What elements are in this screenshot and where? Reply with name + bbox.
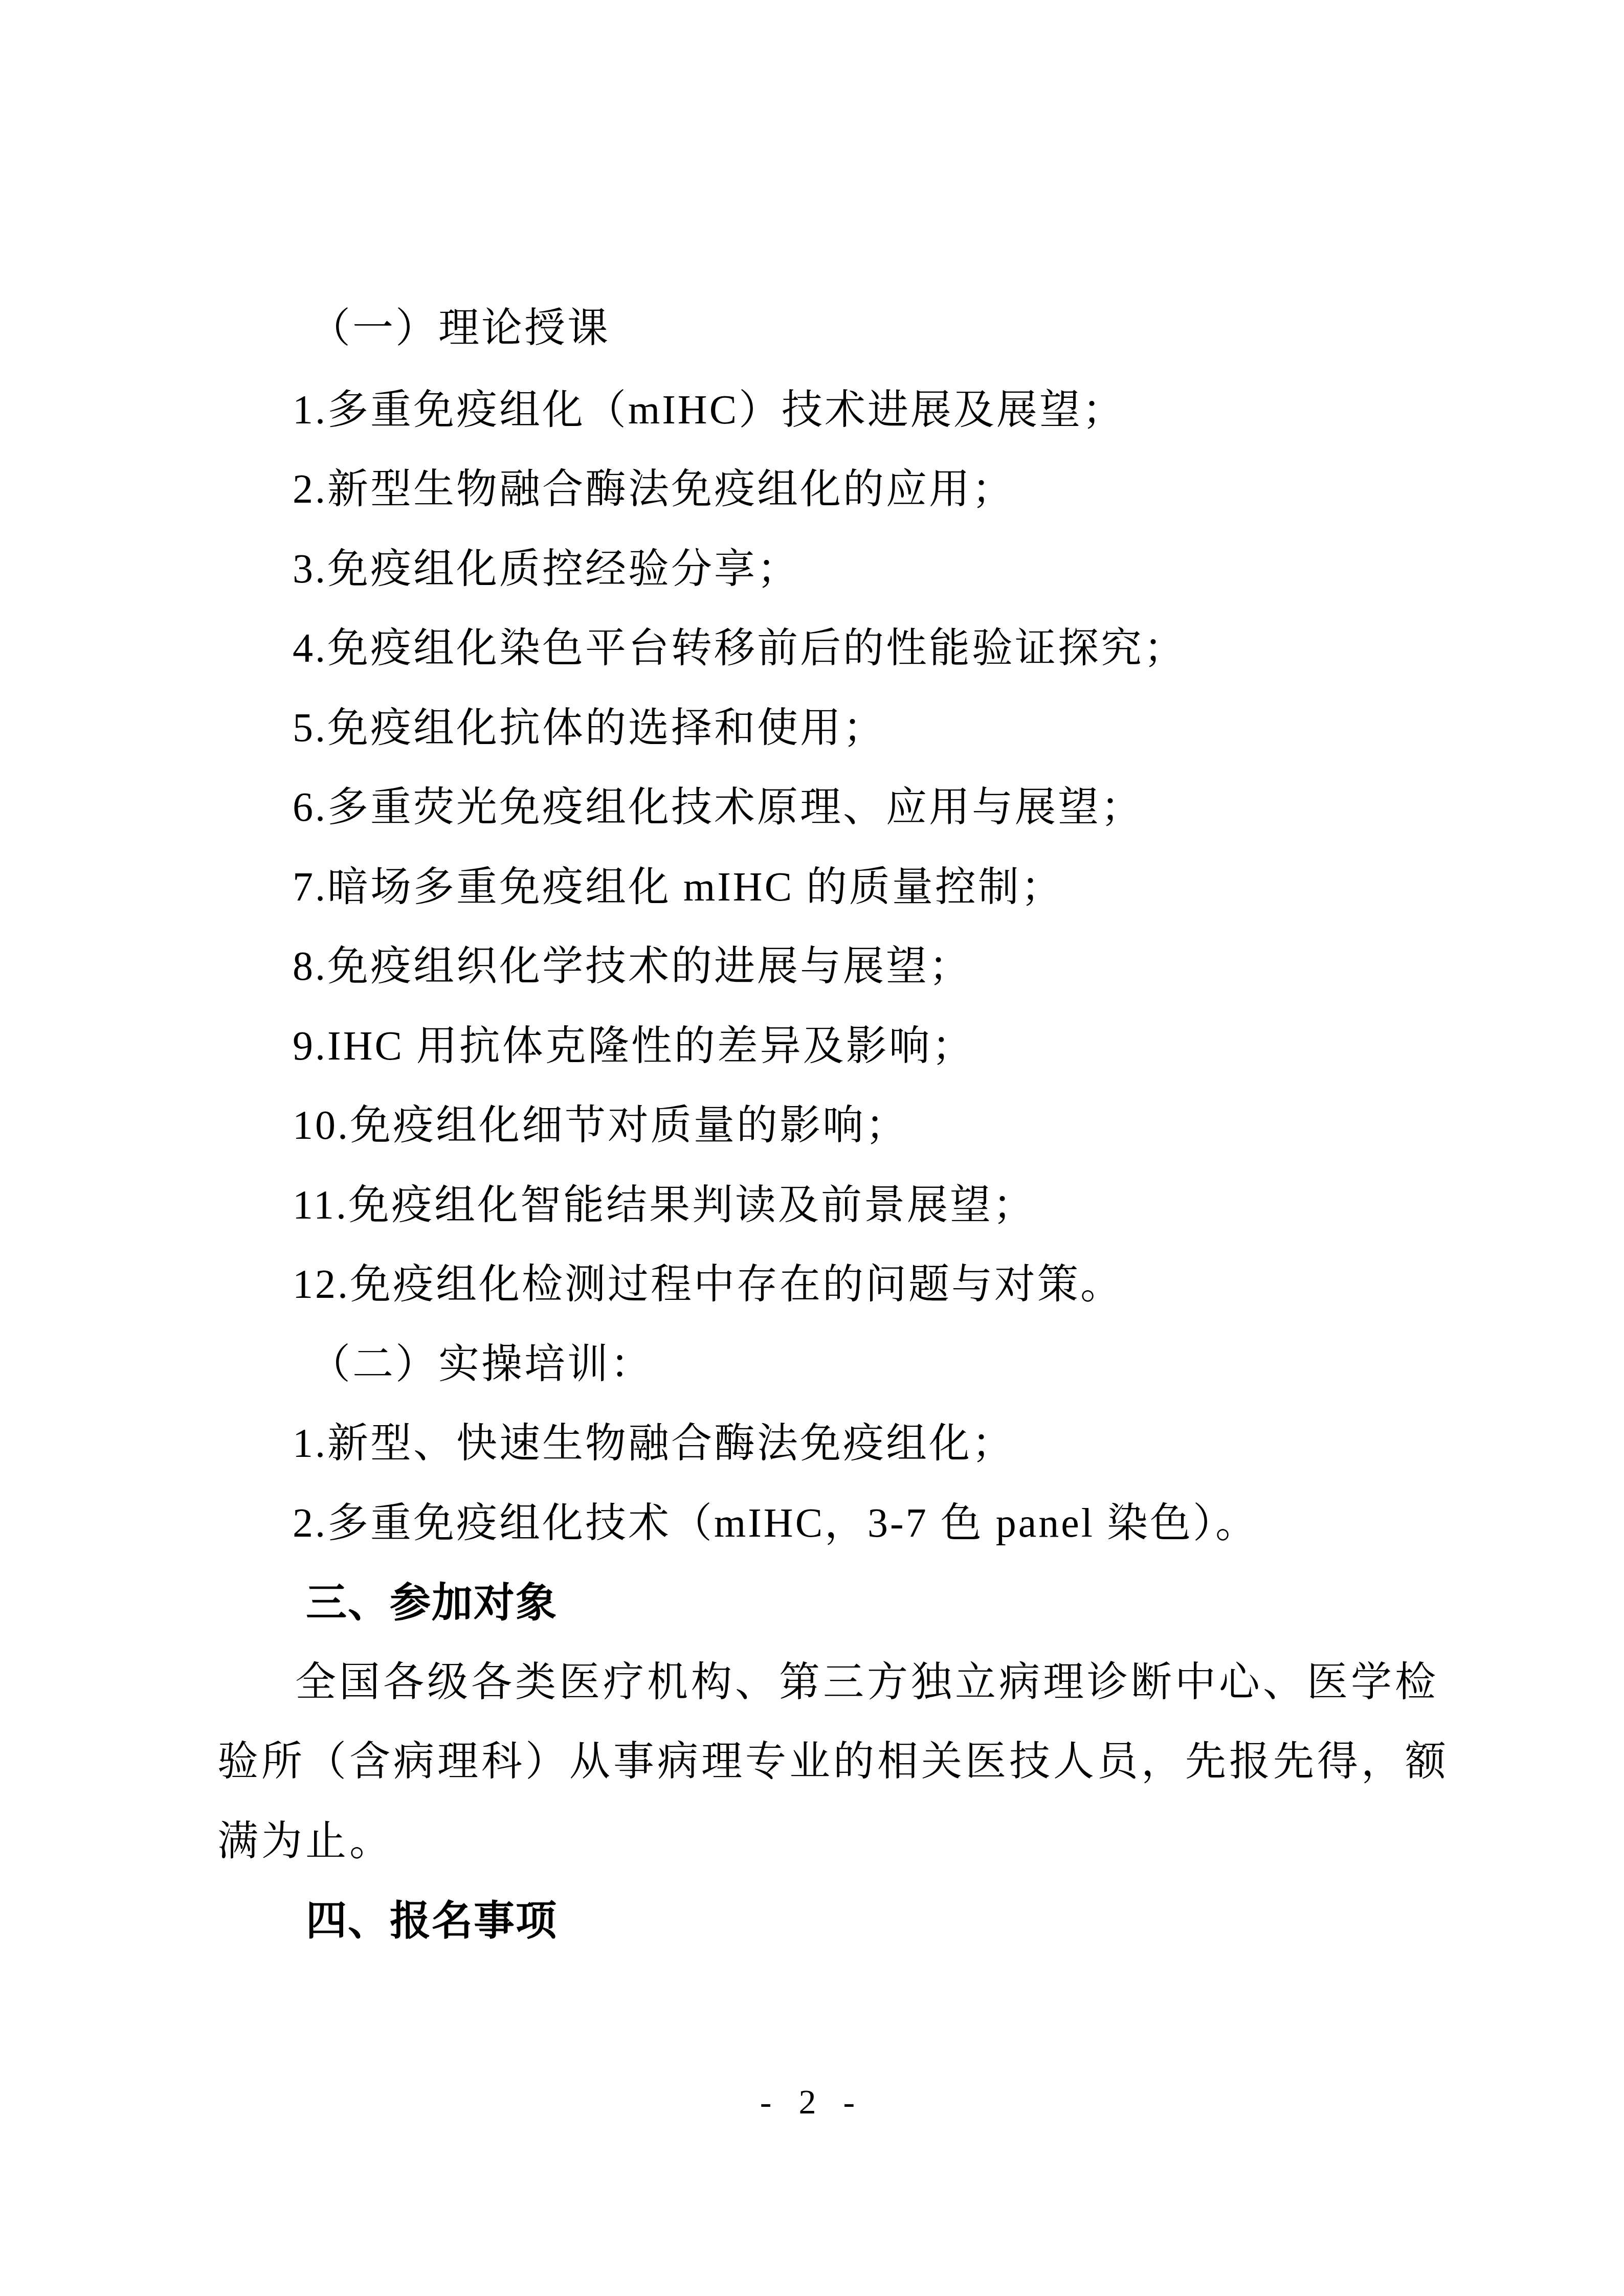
list-item-theory-8: 8.免疫组织化学技术的进展与展望；: [293, 941, 972, 992]
list-item-theory-2: 2.新型生物融合酶法免疫组化的应用；: [293, 464, 1015, 515]
subsection-heading-theory: （一）理论授课: [309, 303, 610, 354]
list-item-theory-1: 1.多重免疫组化（mIHC）技术进展及展望；: [293, 385, 1125, 436]
list-item-practice-2: 2.多重免疫组化技术（mIHC，3-7 色 panel 染色）。: [293, 1498, 1258, 1549]
list-item-theory-5: 5.免疫组化抗体的选择和使用；: [293, 703, 886, 754]
list-item-practice-1: 1.新型、快速生物融合酶法免疫组化；: [293, 1418, 1015, 1469]
list-item-theory-12: 12.免疫组化检测过程中存在的问题与对策。: [293, 1259, 1123, 1310]
document-page: （一）理论授课 1.多重免疫组化（mIHC）技术进展及展望； 2.新型生物融合酶…: [0, 0, 1624, 2296]
list-item-theory-9: 9.IHC 用抗体克隆性的差异及影响；: [293, 1021, 975, 1072]
list-item-theory-4: 4.免疫组化染色平台转移前后的性能验证探究；: [293, 623, 1187, 674]
page-number: - 2 -: [0, 2081, 1624, 2122]
list-item-theory-7: 7.暗场多重免疫组化 mIHC 的质量控制；: [293, 862, 1064, 913]
list-item-theory-10: 10.免疫组化细节对质量的影响；: [293, 1100, 908, 1151]
list-item-theory-6: 6.多重荧光免疫组化技术原理、应用与展望；: [293, 782, 1144, 833]
section-heading-registration: 四、报名事项: [306, 1895, 558, 1946]
paragraph-line-2: 验所（含病理科）从事病理专业的相关医技人员，先报先得，额: [217, 1736, 1449, 1787]
list-item-theory-11: 11.免疫组化智能结果判读及前景展望；: [293, 1180, 1036, 1231]
list-item-theory-3: 3.免疫组化质控经验分享；: [293, 544, 800, 595]
paragraph-line-1: 全国各级各类医疗机构、第三方独立病理诊断中心、医学检: [295, 1657, 1439, 1708]
paragraph-line-3: 满为止。: [217, 1816, 393, 1867]
section-heading-participants: 三、参加对象: [306, 1577, 558, 1628]
subsection-heading-practice: （二）实操培训：: [309, 1339, 653, 1390]
